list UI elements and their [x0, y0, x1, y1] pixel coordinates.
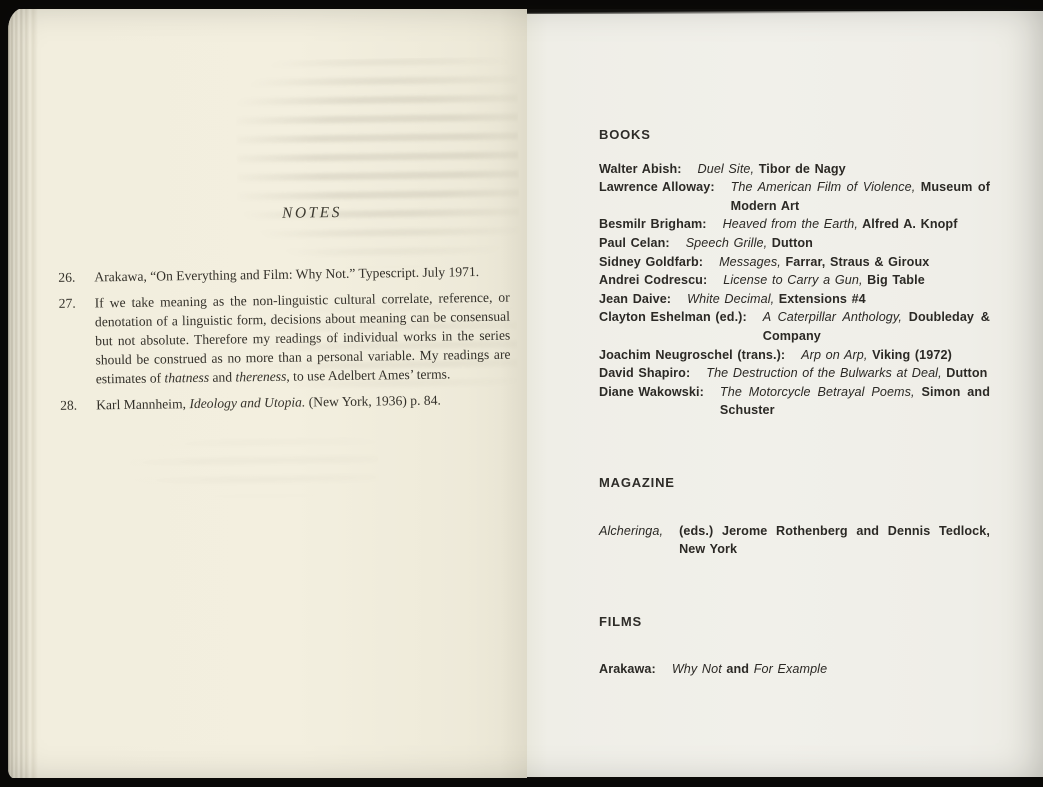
right-page: BOOKSWalter Abish:Duel Site, Tibor de Na…	[527, 11, 1043, 777]
entry-text-run: Why Not	[672, 662, 722, 676]
scan-border-top	[0, 0, 1043, 9]
entry-text: Messages, Farrar, Straus & Giroux	[719, 253, 990, 272]
entry-name: Joachim Neugroschel (trans.):	[599, 346, 801, 365]
entry-text-run: For Example	[754, 662, 828, 676]
bibliography-column: BOOKSWalter Abish:Duel Site, Tibor de Na…	[599, 126, 990, 679]
entry-text-run: Extensions #4	[774, 292, 866, 306]
entry-text-run: The Destruction of the Bulwarks at Deal,	[706, 366, 941, 380]
bibliography-entry: Besmilr Brigham:Heaved from the Earth, A…	[599, 215, 990, 234]
bibliography-entry: Lawrence Alloway:The American Film of Vi…	[599, 178, 990, 215]
book-scan: NOTES 26.Arakawa, “On Everything and Fil…	[0, 0, 1043, 787]
note-number: 26.	[58, 267, 94, 287]
entry-text: White Decimal, Extensions #4	[687, 290, 990, 309]
entry-text-run: The Motorcycle Betrayal Poems,	[720, 385, 915, 399]
entry-text-run: Alfred A. Knopf	[858, 217, 958, 231]
entry-text-run: The American Film of Violence,	[731, 180, 916, 194]
entry-text-run: Viking (1972)	[868, 348, 952, 362]
entry-text-run: Arp on Arp,	[801, 348, 867, 362]
entry-text-run: Speech Grille,	[686, 236, 768, 250]
note-text-run: thereness	[235, 369, 286, 385]
entry-text-run: Duel Site,	[698, 162, 755, 176]
entry-text-run: Heaved from the Earth,	[723, 217, 858, 231]
entry-text-run: Big Table	[863, 273, 925, 287]
entry-text-run: (eds.) Jerome Rothenberg and Dennis Tedl…	[679, 524, 990, 557]
entry-text: The American Film of Violence, Museum of…	[731, 178, 990, 215]
entry-name: Diane Wakowski:	[599, 383, 720, 420]
section-books: BOOKSWalter Abish:Duel Site, Tibor de Na…	[599, 126, 990, 420]
entry-text: (eds.) Jerome Rothenberg and Dennis Tedl…	[679, 522, 990, 559]
bibliography-entry: Clayton Eshelman (ed.):A Caterpillar Ant…	[599, 308, 990, 345]
note-number: 28.	[60, 395, 96, 415]
bibliography-entry: Paul Celan:Speech Grille, Dutton	[599, 234, 990, 253]
bibliography-entry: Andrei Codrescu:License to Carry a Gun, …	[599, 271, 990, 290]
note-text-run: and	[209, 369, 236, 384]
note-text: If we take meaning as the non-linguistic…	[95, 288, 511, 389]
entry-text: Duel Site, Tibor de Nagy	[698, 160, 990, 179]
entry-text: Heaved from the Earth, Alfred A. Knopf	[723, 215, 990, 234]
entry-text-run: Dutton	[942, 366, 988, 380]
entry-text-run: and	[722, 662, 754, 676]
section-heading: MAGAZINE	[599, 474, 990, 493]
bibliography-entry: Arakawa:Why Not and For Example	[599, 660, 990, 679]
section-magazine: MAGAZINEAlcheringa,(eds.) Jerome Rothenb…	[599, 474, 990, 559]
bleedthrough-smudge	[129, 436, 380, 499]
entry-text-run: White Decimal,	[687, 292, 774, 306]
note-text-run: thatness	[164, 370, 209, 386]
entry-name: David Shapiro:	[599, 364, 706, 383]
note-item: 26.Arakawa, “On Everything and Film: Why…	[58, 262, 509, 287]
bibliography-entry: Sidney Goldfarb:Messages, Farrar, Straus…	[599, 253, 990, 272]
note-text-run: Karl Mannheim,	[96, 396, 189, 412]
note-text: Arakawa, “On Everything and Film: Why No…	[94, 262, 509, 287]
bibliography-entry: Jean Daive:White Decimal, Extensions #4	[599, 290, 990, 309]
entry-text-run: Messages,	[719, 255, 781, 269]
left-page: NOTES 26.Arakawa, “On Everything and Fil…	[8, 8, 527, 779]
notes-column: NOTES 26.Arakawa, “On Everything and Fil…	[55, 5, 512, 422]
entry-text: The Destruction of the Bulwarks at Deal,…	[706, 364, 990, 383]
scan-border-bottom	[0, 778, 1043, 787]
scan-shadow	[527, 9, 1043, 14]
note-text-run: , to use Adelbert Ames’ terms.	[286, 366, 450, 383]
entry-name: Besmilr Brigham:	[599, 215, 723, 234]
entry-name: Paul Celan:	[599, 234, 686, 253]
entry-text: License to Carry a Gun, Big Table	[723, 271, 990, 290]
entry-text-run: Dutton	[767, 236, 813, 250]
entry-text-run: License to Carry a Gun,	[723, 273, 862, 287]
entry-name: Arakawa:	[599, 660, 672, 679]
entry-name: Sidney Goldfarb:	[599, 253, 719, 272]
bibliography-entry: Diane Wakowski:The Motorcycle Betrayal P…	[599, 383, 990, 420]
note-item: 28.Karl Mannheim, Ideology and Utopia. (…	[60, 390, 511, 415]
entry-text-run: A Caterpillar Anthology,	[763, 310, 902, 324]
entry-name: Clayton Eshelman (ed.):	[599, 308, 763, 345]
note-item: 27.If we take meaning as the non-linguis…	[59, 288, 511, 389]
section-heading: FILMS	[599, 613, 990, 632]
entry-text: Arp on Arp, Viking (1972)	[801, 346, 990, 365]
entry-text: Speech Grille, Dutton	[686, 234, 990, 253]
note-text: Karl Mannheim, Ideology and Utopia. (New…	[96, 390, 511, 415]
bibliography-entry: Joachim Neugroschel (trans.):Arp on Arp,…	[599, 346, 990, 365]
left-page-content: NOTES 26.Arakawa, “On Everything and Fil…	[3, 4, 533, 782]
section-films: FILMSArakawa:Why Not and For Example	[599, 613, 990, 679]
entry-text-run: Tibor de Nagy	[754, 162, 846, 176]
section-heading: BOOKS	[599, 126, 990, 145]
entry-text: A Caterpillar Anthology, Doubleday & Com…	[763, 308, 990, 345]
entry-name: Alcheringa,	[599, 522, 679, 559]
entry-text-run: Farrar, Straus & Giroux	[781, 255, 929, 269]
entry-name: Jean Daive:	[599, 290, 687, 309]
note-number: 27.	[59, 293, 96, 388]
note-text-run: (New York, 1936) p. 84.	[305, 393, 441, 410]
note-text-run: Ideology and Utopia.	[189, 394, 305, 411]
note-text-run: Arakawa, “On Everything and Film: Why No…	[94, 264, 479, 284]
notes-heading: NOTES	[115, 201, 508, 225]
entry-name: Walter Abish:	[599, 160, 698, 179]
bibliography-entry: David Shapiro:The Destruction of the Bul…	[599, 364, 990, 383]
entry-name: Andrei Codrescu:	[599, 271, 723, 290]
entry-text: Why Not and For Example	[672, 660, 990, 679]
bibliography-entry: Alcheringa,(eds.) Jerome Rothenberg and …	[599, 522, 990, 559]
notes-list: 26.Arakawa, “On Everything and Film: Why…	[58, 262, 511, 415]
bibliography-entry: Walter Abish:Duel Site, Tibor de Nagy	[599, 160, 990, 179]
entry-name: Lawrence Alloway:	[599, 178, 731, 215]
entry-text: The Motorcycle Betrayal Poems, Simon and…	[720, 383, 990, 420]
